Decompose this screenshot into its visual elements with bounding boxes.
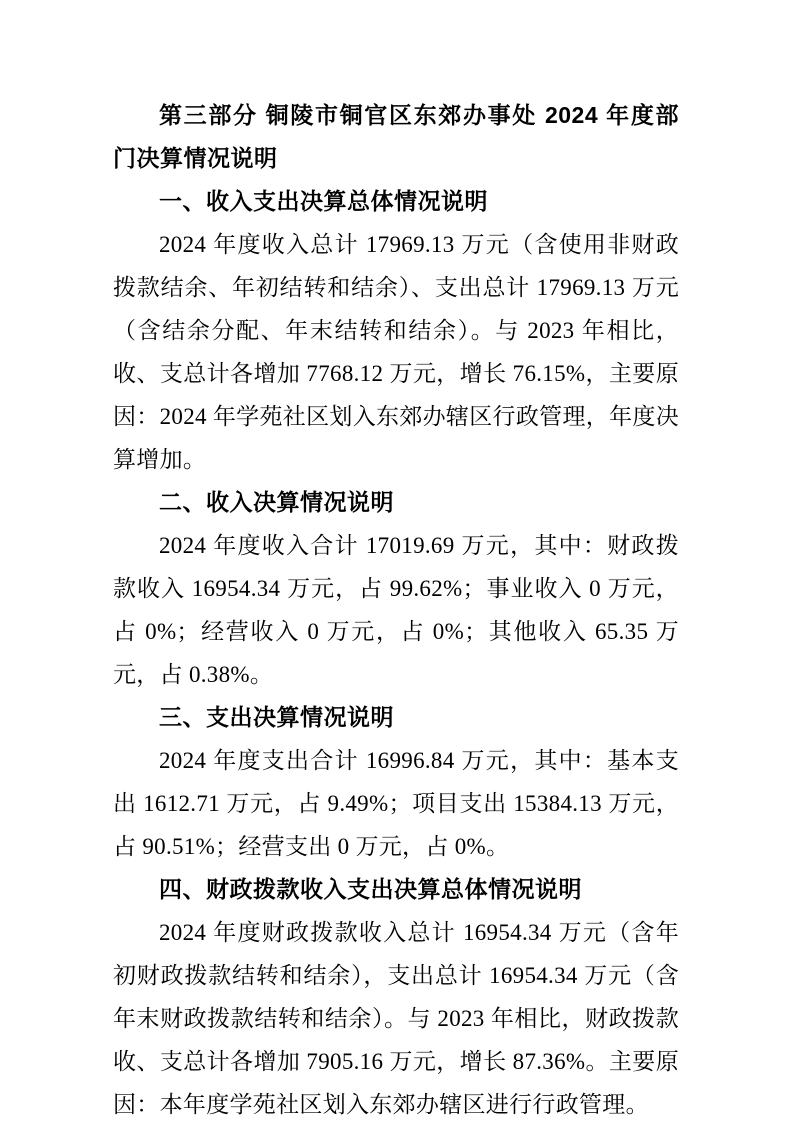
- document-page: 第三部分 铜陵市铜官区东郊办事处 2024 年度部门决算情况说明 一、收入支出决…: [0, 0, 793, 1122]
- section-2-heading: 二、收入决算情况说明: [113, 481, 679, 524]
- section-4-heading: 四、财政拨款收入支出决算总体情况说明: [113, 868, 679, 911]
- section-4-paragraph: 2024 年度财政拨款收入总计 16954.34 万元（含年初财政拨款结转和结余…: [113, 911, 679, 1122]
- doc-title: 第三部分 铜陵市铜官区东郊办事处 2024 年度部门决算情况说明: [113, 94, 679, 180]
- section-3-paragraph: 2024 年度支出合计 16996.84 万元，其中：基本支出 1612.71 …: [113, 739, 679, 868]
- section-1-heading: 一、收入支出决算总体情况说明: [113, 180, 679, 223]
- section-2-paragraph: 2024 年度收入合计 17019.69 万元，其中：财政拨款收入 16954.…: [113, 524, 679, 696]
- section-3-heading: 三、支出决算情况说明: [113, 696, 679, 739]
- section-1-paragraph: 2024 年度收入总计 17969.13 万元（含使用非财政拨款结余、年初结转和…: [113, 223, 679, 481]
